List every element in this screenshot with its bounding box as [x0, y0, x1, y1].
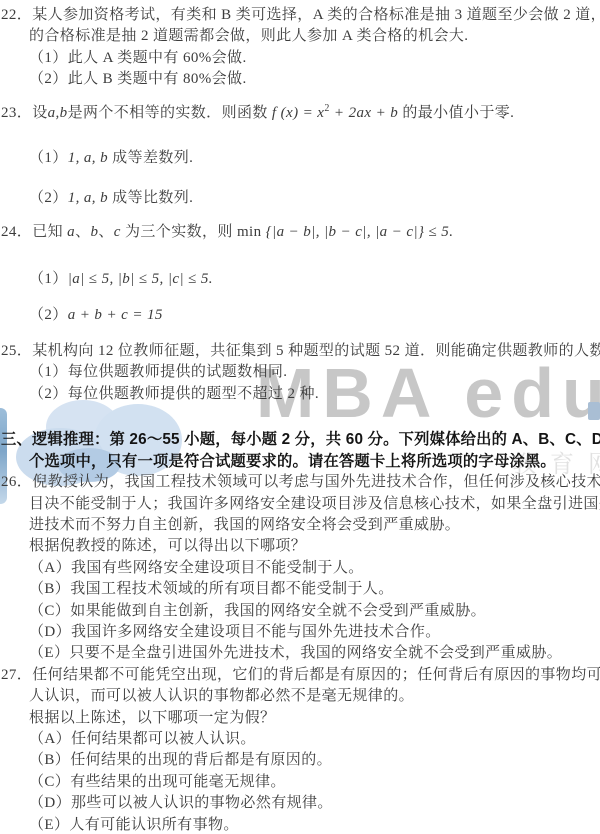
- text-segment: （E）人有可能认识所有事物。: [29, 817, 239, 833]
- text-line: （C）有些结果的出现可能毫无规律。: [1, 772, 600, 793]
- text-segment: 的合格标准是抽 2 道题需都会做，则此人参加 A 类合格的机会大.: [29, 28, 468, 44]
- math-segment: c: [114, 224, 121, 240]
- text-line: 的合格标准是抽 2 道题需都会做，则此人参加 A 类合格的机会大.: [1, 26, 600, 47]
- text-segment: 成等差数列.: [108, 150, 193, 166]
- text-line: （2）a + b + c = 15: [1, 305, 600, 326]
- text-segment: 根据倪教授的陈述，可以得出以下哪项？: [29, 538, 306, 554]
- question-22: 22．某人参加资格考试，有类和 B 类可选择，A 类的合格标准是抽 3 道题至少…: [1, 5, 600, 91]
- text-segment: 27．任何结果都不可能凭空出现，它们的背后都是有原因的；任何背后有原因的事物均可…: [1, 667, 600, 683]
- text-line: （1）此人 A 类题中有 60%会做.: [1, 48, 600, 69]
- text-segment: 25．某机构向 12 位教师征题，共征集到 5 种题型的试题 52 道．则能确定…: [1, 343, 600, 359]
- text-segment: （A）任何结果都可以被人认识。: [29, 731, 256, 747]
- text-segment: （C）有些结果的出现可能毫无规律。: [29, 774, 286, 790]
- text-line: （2）1, a, b 成等比数列.: [1, 188, 600, 209]
- text-segment: 进技术而不努力自主创新，我国的网络安全将会受到严重威胁。: [29, 517, 460, 533]
- text-line: 23．设a,b是两个不相等的实数．则函数 f (x) = x2 + 2ax + …: [1, 103, 600, 124]
- text-segment: （E）只要不是全盘引进国外先进技术，我国的网络安全就不会受到严重威胁。: [29, 645, 562, 661]
- text-line: （B）任何结果的出现的背后都是有原因的。: [1, 750, 600, 771]
- text-segment: （2）: [29, 190, 68, 206]
- text-segment: 的最小值小于零.: [398, 105, 514, 121]
- text-segment: 成等比数列.: [108, 190, 193, 206]
- question-list: 22．某人参加资格考试，有类和 B 类可选择，A 类的合格标准是抽 3 道题至少…: [0, 0, 600, 834]
- text-segment: 个选项中，只有一项是符合试题要求的。请在答题卡上将所选项的字母涂黑。: [29, 453, 556, 470]
- text-segment: 24．已知: [1, 224, 67, 240]
- text-segment: 目决不能受制于人；我国许多网络安全建设项目涉及信息核心技术，如果全盘引进国外先: [29, 496, 600, 512]
- math-segment: {|a − b|, |b − c|, |a − c|} ≤ 5.: [266, 224, 454, 240]
- text-segment: （1）: [29, 271, 68, 287]
- text-segment: 为三个实数，则 min: [121, 224, 266, 240]
- text-line: 22．某人参加资格考试，有类和 B 类可选择，A 类的合格标准是抽 3 道题至少…: [1, 5, 600, 26]
- exam-page: MBA edu 教育网 22．某人参加资格考试，有类和 B 类可选择，A 类的合…: [0, 0, 600, 834]
- text-line: 25．某机构向 12 位教师征题，共征集到 5 种题型的试题 52 道．则能确定…: [1, 341, 600, 362]
- text-line: 人认识，而可以被人认识的事物都必然不是毫无规律的。: [1, 686, 600, 707]
- text-line: 27．任何结果都不可能凭空出现，它们的背后都是有原因的；任何背后有原因的事物均可…: [1, 665, 600, 686]
- text-segment: （D）我国许多网络安全建设项目不能与国外先进技术合作。: [29, 624, 441, 640]
- text-segment: 人认识，而可以被人认识的事物都必然不是毫无规律的。: [29, 688, 414, 704]
- text-line: （2）此人 B 类题中有 80%会做.: [1, 69, 600, 90]
- text-segment: （C）如果能做到自主创新，我国的网络安全就不会受到严重威胁。: [29, 603, 486, 619]
- text-line: 26．倪教授认为，我国工程技术领域可以考虑与国外先进技术合作，但任何涉及核心技术…: [1, 472, 600, 493]
- question-27: 27．任何结果都不可能凭空出现，它们的背后都是有原因的；任何背后有原因的事物均可…: [1, 665, 600, 834]
- math-segment: a,b: [48, 105, 68, 121]
- text-line: 进技术而不努力自主创新，我国的网络安全将会受到严重威胁。: [1, 515, 600, 536]
- text-line: 目决不能受制于人；我国许多网络安全建设项目涉及信息核心技术，如果全盘引进国外先: [1, 494, 600, 515]
- text-line: 根据以上陈述，以下哪项一定为假？: [1, 708, 600, 729]
- text-segment: 三、逻辑推理：第 26～55 小题，每小题 2 分，共 60 分。下列媒体给出的…: [1, 431, 600, 448]
- text-line: （A）我国有些网络安全建设项目不能受制于人。: [1, 558, 600, 579]
- question-23: 23．设a,b是两个不相等的实数．则函数 f (x) = x2 + 2ax + …: [1, 103, 600, 210]
- text-segment: （D）那些可以被人认识的事物必然有规律。: [29, 795, 333, 811]
- text-segment: （1）每位供题教师提供的试题数相同.: [29, 364, 287, 380]
- text-line: 个选项中，只有一项是符合试题要求的。请在答题卡上将所选项的字母涂黑。: [1, 451, 600, 472]
- text-line: 24．已知 a、b、c 为三个实数，则 min {|a − b|, |b − c…: [1, 222, 600, 243]
- section-3-header: 三、逻辑推理：第 26～55 小题，每小题 2 分，共 60 分。下列媒体给出的…: [1, 429, 600, 472]
- text-line: （E）人有可能认识所有事物。: [1, 815, 600, 834]
- text-segment: （B）任何结果的出现的背后都是有原因的。: [29, 752, 332, 768]
- text-line: （1）每位供题教师提供的试题数相同.: [1, 362, 600, 383]
- text-segment: 22．某人参加资格考试，有类和 B 类可选择，A 类的合格标准是抽 3 道题至少…: [1, 7, 600, 23]
- text-line: （1）|a| ≤ 5, |b| ≤ 5, |c| ≤ 5.: [1, 269, 600, 290]
- text-segment: 23．设: [1, 105, 48, 121]
- text-segment: （A）我国有些网络安全建设项目不能受制于人。: [29, 560, 364, 576]
- text-segment: 26．倪教授认为，我国工程技术领域可以考虑与国外先进技术合作，但任何涉及核心技术…: [1, 474, 600, 490]
- question-24: 24．已知 a、b、c 为三个实数，则 min {|a − b|, |b − c…: [1, 222, 600, 326]
- math-segment: |a| ≤ 5, |b| ≤ 5, |c| ≤ 5.: [68, 271, 213, 287]
- text-segment: 、: [75, 224, 90, 240]
- text-segment: 根据以上陈述，以下哪项一定为假？: [29, 710, 275, 726]
- text-segment: （2）每位供题教师提供的题型不超过 2 种.: [29, 386, 319, 402]
- question-25: 25．某机构向 12 位教师征题，共征集到 5 种题型的试题 52 道．则能确定…: [1, 341, 600, 405]
- text-line: 三、逻辑推理：第 26～55 小题，每小题 2 分，共 60 分。下列媒体给出的…: [1, 429, 600, 450]
- text-line: 根据倪教授的陈述，可以得出以下哪项？: [1, 536, 600, 557]
- text-segment: （B）我国工程技术领域的所有项目都不能受制于人。: [29, 581, 394, 597]
- text-line: （C）如果能做到自主创新，我国的网络安全就不会受到严重威胁。: [1, 601, 600, 622]
- text-line: （A）任何结果都可以被人认识。: [1, 729, 600, 750]
- text-segment: （1）此人 A 类题中有 60%会做.: [29, 50, 247, 66]
- text-line: （D）那些可以被人认识的事物必然有规律。: [1, 793, 600, 814]
- text-line: （B）我国工程技术领域的所有项目都不能受制于人。: [1, 579, 600, 600]
- math-segment: f (x) = x: [272, 105, 324, 121]
- math-segment: + 2ax + b: [330, 105, 398, 121]
- text-line: （2）每位供题教师提供的题型不超过 2 种.: [1, 384, 600, 405]
- question-26: 26．倪教授认为，我国工程技术领域可以考虑与国外先进技术合作，但任何涉及核心技术…: [1, 472, 600, 665]
- math-segment: a + b + c = 15: [68, 307, 163, 323]
- text-segment: 、: [98, 224, 113, 240]
- math-segment: 1, a, b: [68, 190, 108, 206]
- math-segment: a: [67, 224, 75, 240]
- text-segment: （1）: [29, 150, 68, 166]
- text-segment: （2）: [29, 307, 68, 323]
- text-line: （D）我国许多网络安全建设项目不能与国外先进技术合作。: [1, 622, 600, 643]
- text-segment: 是两个不相等的实数．则函数: [68, 105, 272, 121]
- text-line: （E）只要不是全盘引进国外先进技术，我国的网络安全就不会受到严重威胁。: [1, 643, 600, 664]
- text-segment: （2）此人 B 类题中有 80%会做.: [29, 71, 247, 87]
- math-segment: 1, a, b: [68, 150, 108, 166]
- text-line: （1）1, a, b 成等差数列.: [1, 148, 600, 169]
